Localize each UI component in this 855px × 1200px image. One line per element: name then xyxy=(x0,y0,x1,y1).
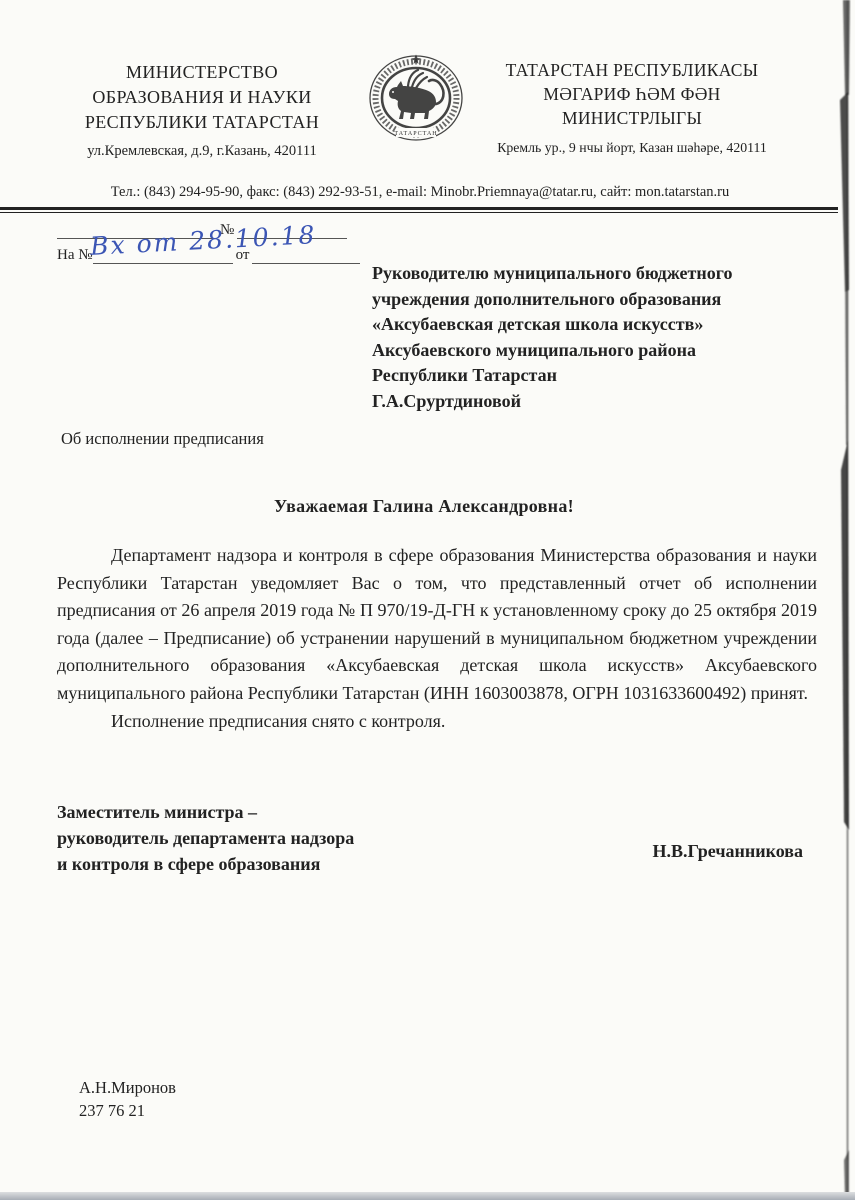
recipient-line: Аксубаевского муниципального района xyxy=(372,338,820,364)
header-rule xyxy=(0,207,838,213)
recipient-line: Г.А.Сруртдиновой xyxy=(372,389,820,415)
reply-label: На № xyxy=(57,247,93,263)
letter-page: МИНИСТЕРСТВО ОБРАЗОВАНИЯ И НАУКИ РЕСПУБЛ… xyxy=(0,0,855,1200)
header-rule-thin xyxy=(0,212,838,213)
ministry-name-ru: МИНИСТЕРСТВО ОБРАЗОВАНИЯ И НАУКИ РЕСПУБЛ… xyxy=(66,60,338,135)
scan-artifact-right-edge xyxy=(831,0,855,1200)
recipient-block: Руководителю муниципального бюджетного у… xyxy=(372,261,820,414)
executor-name: А.Н.Миронов xyxy=(79,1076,176,1099)
ministry-name-ru-line: ОБРАЗОВАНИЯ И НАУКИ xyxy=(66,85,338,110)
recipient-line: Руководителю муниципального бюджетного xyxy=(372,261,820,287)
recipient-line: учреждения дополнительного образования xyxy=(372,287,820,313)
signature-name: Н.В.Гречанникова xyxy=(652,841,803,862)
signature-title-line: руководитель департамента надзора xyxy=(57,825,354,851)
body-paragraph-1: Департамент надзора и контроля в сфере о… xyxy=(57,542,817,708)
recipient-line: «Аксубаевская детская школа искусств» xyxy=(372,312,820,338)
address-ru: ул.Кремлевская, д.9, г.Казань, 420111 xyxy=(66,143,338,160)
executor-phone: 237 76 21 xyxy=(79,1099,176,1122)
salutation: Уважаемая Галина Александровна! xyxy=(0,496,848,517)
contact-line: Тел.: (843) 294-95-90, факс: (843) 292-9… xyxy=(10,184,830,201)
ministry-name-tt: ТАТАРСТАН РЕСПУБЛИКАСЫ МӘГАРИФ ҺӘМ ФӘН М… xyxy=(472,58,792,130)
ministry-name-ru-line: РЕСПУБЛИКИ ТАТАРСТАН xyxy=(66,110,338,135)
ministry-name-tt-line: МӘГАРИФ ҺӘМ ФӘН xyxy=(472,82,792,106)
address-tt: Кремль ур., 9 нчы йорт, Казан шәһәре, 42… xyxy=(472,140,792,156)
ministry-name-ru-line: МИНИСТЕРСТВО xyxy=(66,60,338,85)
letter-body: Департамент надзора и контроля в сфере о… xyxy=(57,542,817,735)
body-paragraph-2: Исполнение предписания снято с контроля. xyxy=(57,708,817,736)
executor-block: А.Н.Миронов 237 76 21 xyxy=(79,1076,176,1122)
subject-line: Об исполнении предписания xyxy=(61,429,264,449)
ministry-name-tt-line: МИНИСТРЛЫГЫ xyxy=(472,106,792,130)
scan-artifact-bottom-band xyxy=(0,1192,855,1200)
header-rule-thick xyxy=(0,207,838,210)
emblem-caption: ТАТАРСТАН xyxy=(394,131,437,137)
tatarstan-emblem-icon: ТАТАРСТАН xyxy=(365,53,467,143)
ministry-name-tt-line: ТАТАРСТАН РЕСПУБЛИКАСЫ xyxy=(472,58,792,82)
recipient-line: Республики Татарстан xyxy=(372,363,820,389)
signature-title: Заместитель министра – руководитель депа… xyxy=(57,799,354,877)
signature-title-line: и контроля в сфере образования xyxy=(57,851,354,877)
signature-title-line: Заместитель министра – xyxy=(57,799,354,825)
